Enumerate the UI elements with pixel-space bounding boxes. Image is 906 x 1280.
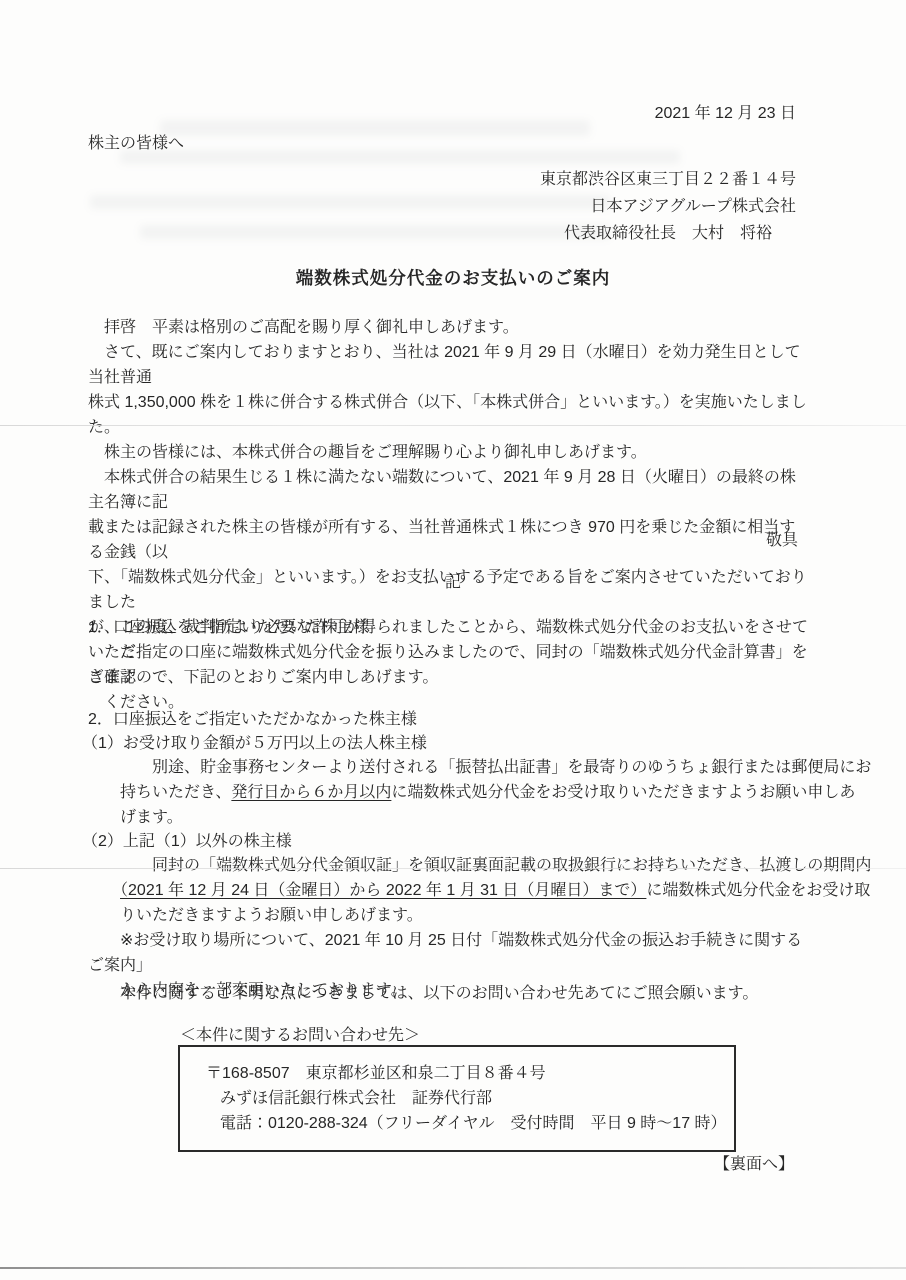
sub2-line2-pre xyxy=(88,882,120,899)
sender-address: 東京都渋谷区東三丁目２２番１４号 xyxy=(540,166,796,193)
document-title: 端数株式処分代金のお支払いのご案内 xyxy=(0,266,906,291)
section2-heading: 2．口座振込をご指定いただかなかった株主様 xyxy=(88,707,417,732)
sub1-line2-pre: 持ちいただき、 xyxy=(88,784,231,801)
sub2-line2-post: に端数株式処分代金をお受け取 xyxy=(646,882,870,899)
bleed-through-artifact xyxy=(120,150,680,164)
section2-sub2-line2: （2021 年 12 月 24 日（金曜日）から 2022 年 1 月 31 日… xyxy=(88,878,870,903)
contact-address: 〒168-8507 東京都杉並区和泉二丁目８番４号 xyxy=(206,1061,724,1086)
bleed-through-artifact xyxy=(90,195,610,209)
section2-sub1-line1: 別途、貯金事務センターより送付される「振替払出証書」を最寄りのゆうちょ銀行または… xyxy=(88,755,871,780)
bleed-through-artifact xyxy=(160,120,590,136)
section2-sub1-line2: 持ちいただき、発行日から６か月以内に端数株式処分代金をお受け取りいただきますよう… xyxy=(88,780,855,805)
contact-company: みずほ信託銀行株式会社 証券代行部 xyxy=(206,1086,724,1111)
sub1-line2-post: に端数株式処分代金をお受け取りいただきますようお願い申しあ xyxy=(391,784,855,801)
section2-sub2-line1: 同封の「端数株式処分代金領収証」を領収証裏面記載の取扱銀行にお持ちいただき、払渡… xyxy=(88,853,871,878)
back-side-note: 【裏面へ】 xyxy=(714,1152,794,1177)
salutation: 株主の皆様へ xyxy=(88,131,184,156)
sender-company: 日本アジアグループ株式会社 xyxy=(540,193,796,220)
sub2-line2-underlined: （2021 年 12 月 24 日（金曜日）から 2022 年 1 月 31 日… xyxy=(120,882,646,899)
section2-sub1-line3: げます。 xyxy=(88,805,183,830)
section2-sub2-heading: （2）上記（1）以外の株主様 xyxy=(82,829,292,854)
closing-word: 敬具 xyxy=(766,528,798,553)
letter-page: 2021 年 12 月 23 日 株主の皆様へ 東京都渋谷区東三丁目２２番１４号… xyxy=(0,0,906,1280)
sender-representative: 代表取締役社長 大村 将裕 xyxy=(540,220,796,247)
fold-line xyxy=(0,425,906,426)
contact-box: 〒168-8507 東京都杉並区和泉二丁目８番４号 みずほ信託銀行株式会社 証券… xyxy=(178,1045,736,1152)
section1-body: ご指定の口座に端数株式処分代金を振り込みましたので、同封の「端数株式処分代金計算… xyxy=(88,640,808,715)
section2-sub2-line3: りいただきますようお願い申しあげます。 xyxy=(88,903,423,928)
section2-sub1-heading: （1）お受け取り金額が５万円以上の法人株主様 xyxy=(82,731,427,756)
scan-edge-shadow xyxy=(0,1267,906,1269)
letter-date: 2021 年 12 月 23 日 xyxy=(655,101,796,126)
sub1-line2-underlined: 発行日から６か月以内 xyxy=(231,784,391,801)
record-mark: 記 xyxy=(0,570,906,595)
fold-line xyxy=(0,868,906,869)
inquiry-intro: 本件に関するご不明な点につきましては、以下のお問い合わせ先あてにご照会願います。 xyxy=(88,981,758,1006)
contact-phone: 電話：0120-288-324（フリーダイヤル 受付時間 平日 9 時～17 時… xyxy=(206,1111,724,1136)
sender-block: 東京都渋谷区東三丁目２２番１４号 日本アジアグループ株式会社 代表取締役社長 大… xyxy=(540,166,796,247)
section1-heading: 1．口座振込をご指定いただいた株主様 xyxy=(88,615,369,640)
